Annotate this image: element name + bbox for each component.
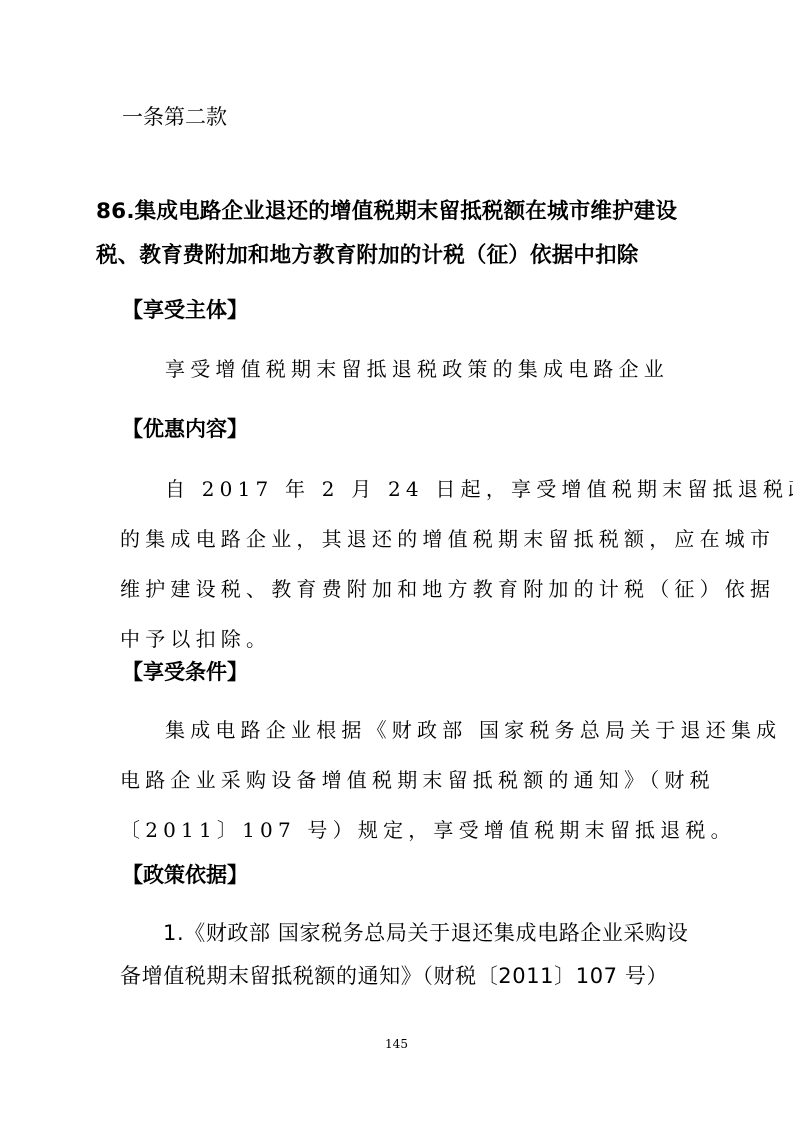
policy-basis-line: 备增值税期末留抵税额的通知》（财税〔2011〕107 号）: [120, 963, 668, 989]
item-title-line-1: 86.集成电路企业退还的增值税期末留抵税额在城市维护建设: [96, 199, 677, 225]
section-body-line: 电路企业采购设备增值税期末留抵税额的通知》（财税: [120, 767, 715, 793]
section-heading-preferential-content: 【优惠内容】: [122, 416, 248, 442]
document-page: 一条第二款 86.集成电路企业退还的增值税期末留抵税额在城市维护建设 税、教育费…: [0, 0, 793, 1122]
continuation-text: 一条第二款: [122, 104, 227, 130]
section-heading-eligibility-conditions: 【享受条件】: [122, 659, 248, 685]
section-body-line: 〔2011〕107 号）规定，享受增值税期末留抵退税。: [120, 817, 736, 843]
section-body-line: 维护建设税、教育费附加和地方教育附加的计税（征）依据: [120, 576, 775, 602]
policy-basis-line: 1.《财政部 国家税务总局关于退还集成电路企业采购设: [163, 920, 688, 946]
section-body-line: 享受增值税期末留抵退税政策的集成电路企业: [165, 356, 669, 382]
section-heading-eligible-subject: 【享受主体】: [122, 297, 248, 323]
section-body-line: 集成电路企业根据《财政部 国家税务总局关于退还集成: [165, 717, 781, 743]
section-body-line: 自 2017 年 2 月 24 日起，享受增值税期末留抵退税政策: [165, 476, 793, 502]
section-heading-policy-basis: 【政策依据】: [122, 862, 248, 888]
section-body-line: 的集成电路企业，其退还的增值税期末留抵税额，应在城市: [120, 526, 775, 552]
page-number: 145: [0, 1037, 793, 1051]
item-title-line-2: 税、教育费附加和地方教育附加的计税（征）依据中扣除: [96, 243, 639, 269]
section-body-line: 中予以扣除。: [120, 626, 271, 652]
